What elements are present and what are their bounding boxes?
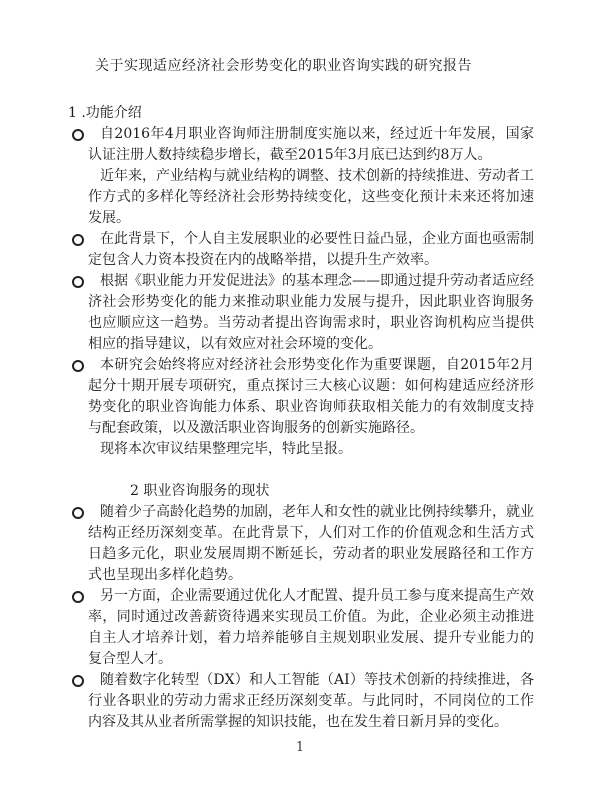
block-text: 在此背景下，个人自主发展职业的必要性日益凸显，企业方面也亟需制定包含人力资本投资… [88,231,534,268]
circle-bullet-icon [72,234,84,246]
circle-bullet-icon [72,129,84,141]
section-heading: 2 职业咨询服务的现状 [68,481,534,502]
section-heading: 1 .功能介绍 [68,103,534,124]
block-text: 本研究会始终将应对经济社会形势变化作为重要课题，自2015年2月起分十期开展专项… [88,357,534,436]
bullet-item: 另一方面，企业需要通过优化人才配置、提升员工参与度来提高生产效率，同时通过改善薪… [68,586,534,670]
bullet-item: 随着少子高龄化趋势的加剧，老年人和女性的就业比例持续攀升，就业结构正经历深刻变革… [68,502,534,586]
block-text: 现将本次审议结果整理完毕，特此呈报。 [100,441,352,457]
document-content: 关于实现适应经济社会形势变化的职业咨询实践的研究报告 1 .功能介绍自2016年… [68,56,534,733]
circle-bullet-icon [72,276,84,288]
section: 2 职业咨询服务的现状随着少子高龄化趋势的加剧，老年人和女性的就业比例持续攀升，… [68,481,534,733]
block-text: 另一方面，企业需要通过优化人才配置、提升员工参与度来提高生产效率，同时通过改善薪… [88,588,534,667]
document-page: 关于实现适应经济社会形势变化的职业咨询实践的研究报告 1 .功能介绍自2016年… [0,0,600,800]
bullet-item: 在此背景下，个人自主发展职业的必要性日益凸显，企业方面也亟需制定包含人力资本投资… [68,229,534,271]
bullet-item: 自2016年4月职业咨询师注册制度实施以来，经过近十年发展，国家认证注册人数持续… [68,124,534,166]
circle-bullet-icon [72,675,84,687]
circle-bullet-icon [72,591,84,603]
document-body: 1 .功能介绍自2016年4月职业咨询师注册制度实施以来，经过近十年发展，国家认… [68,103,534,733]
block-text: 根据《职业能力开发促进法》的基本理念——即通过提升劳动者适应经济社会形势变化的能… [88,273,534,352]
section: 1 .功能介绍自2016年4月职业咨询师注册制度实施以来，经过近十年发展，国家认… [68,103,534,460]
page-number: 1 [0,740,600,755]
bullet-item: 根据《职业能力开发促进法》的基本理念——即通过提升劳动者适应经济社会形势变化的能… [68,271,534,355]
bullet-item: 本研究会始终将应对经济社会形势变化作为重要课题，自2015年2月起分十期开展专项… [68,355,534,439]
paragraph: 现将本次审议结果整理完毕，特此呈报。 [68,439,534,460]
circle-bullet-icon [72,360,84,372]
block-text: 随着数字化转型（DX）和人工智能（AI）等技术创新的持续推进，各行业各职业的劳动… [88,672,534,730]
block-text: 随着少子高龄化趋势的加剧，老年人和女性的就业比例持续攀升，就业结构正经历深刻变革… [88,504,534,583]
bullet-item: 随着数字化转型（DX）和人工智能（AI）等技术创新的持续推进，各行业各职业的劳动… [68,670,534,733]
circle-bullet-icon [72,507,84,519]
paragraph: 近年来，产业结构与就业结构的调整、技术创新的持续推进、劳动者工作方式的多样化等经… [68,166,534,229]
block-text: 自2016年4月职业咨询师注册制度实施以来，经过近十年发展，国家认证注册人数持续… [88,126,534,163]
block-text: 近年来，产业结构与就业结构的调整、技术创新的持续推进、劳动者工作方式的多样化等经… [88,168,534,226]
page-title: 关于实现适应经济社会形势变化的职业咨询实践的研究报告 [68,56,534,77]
